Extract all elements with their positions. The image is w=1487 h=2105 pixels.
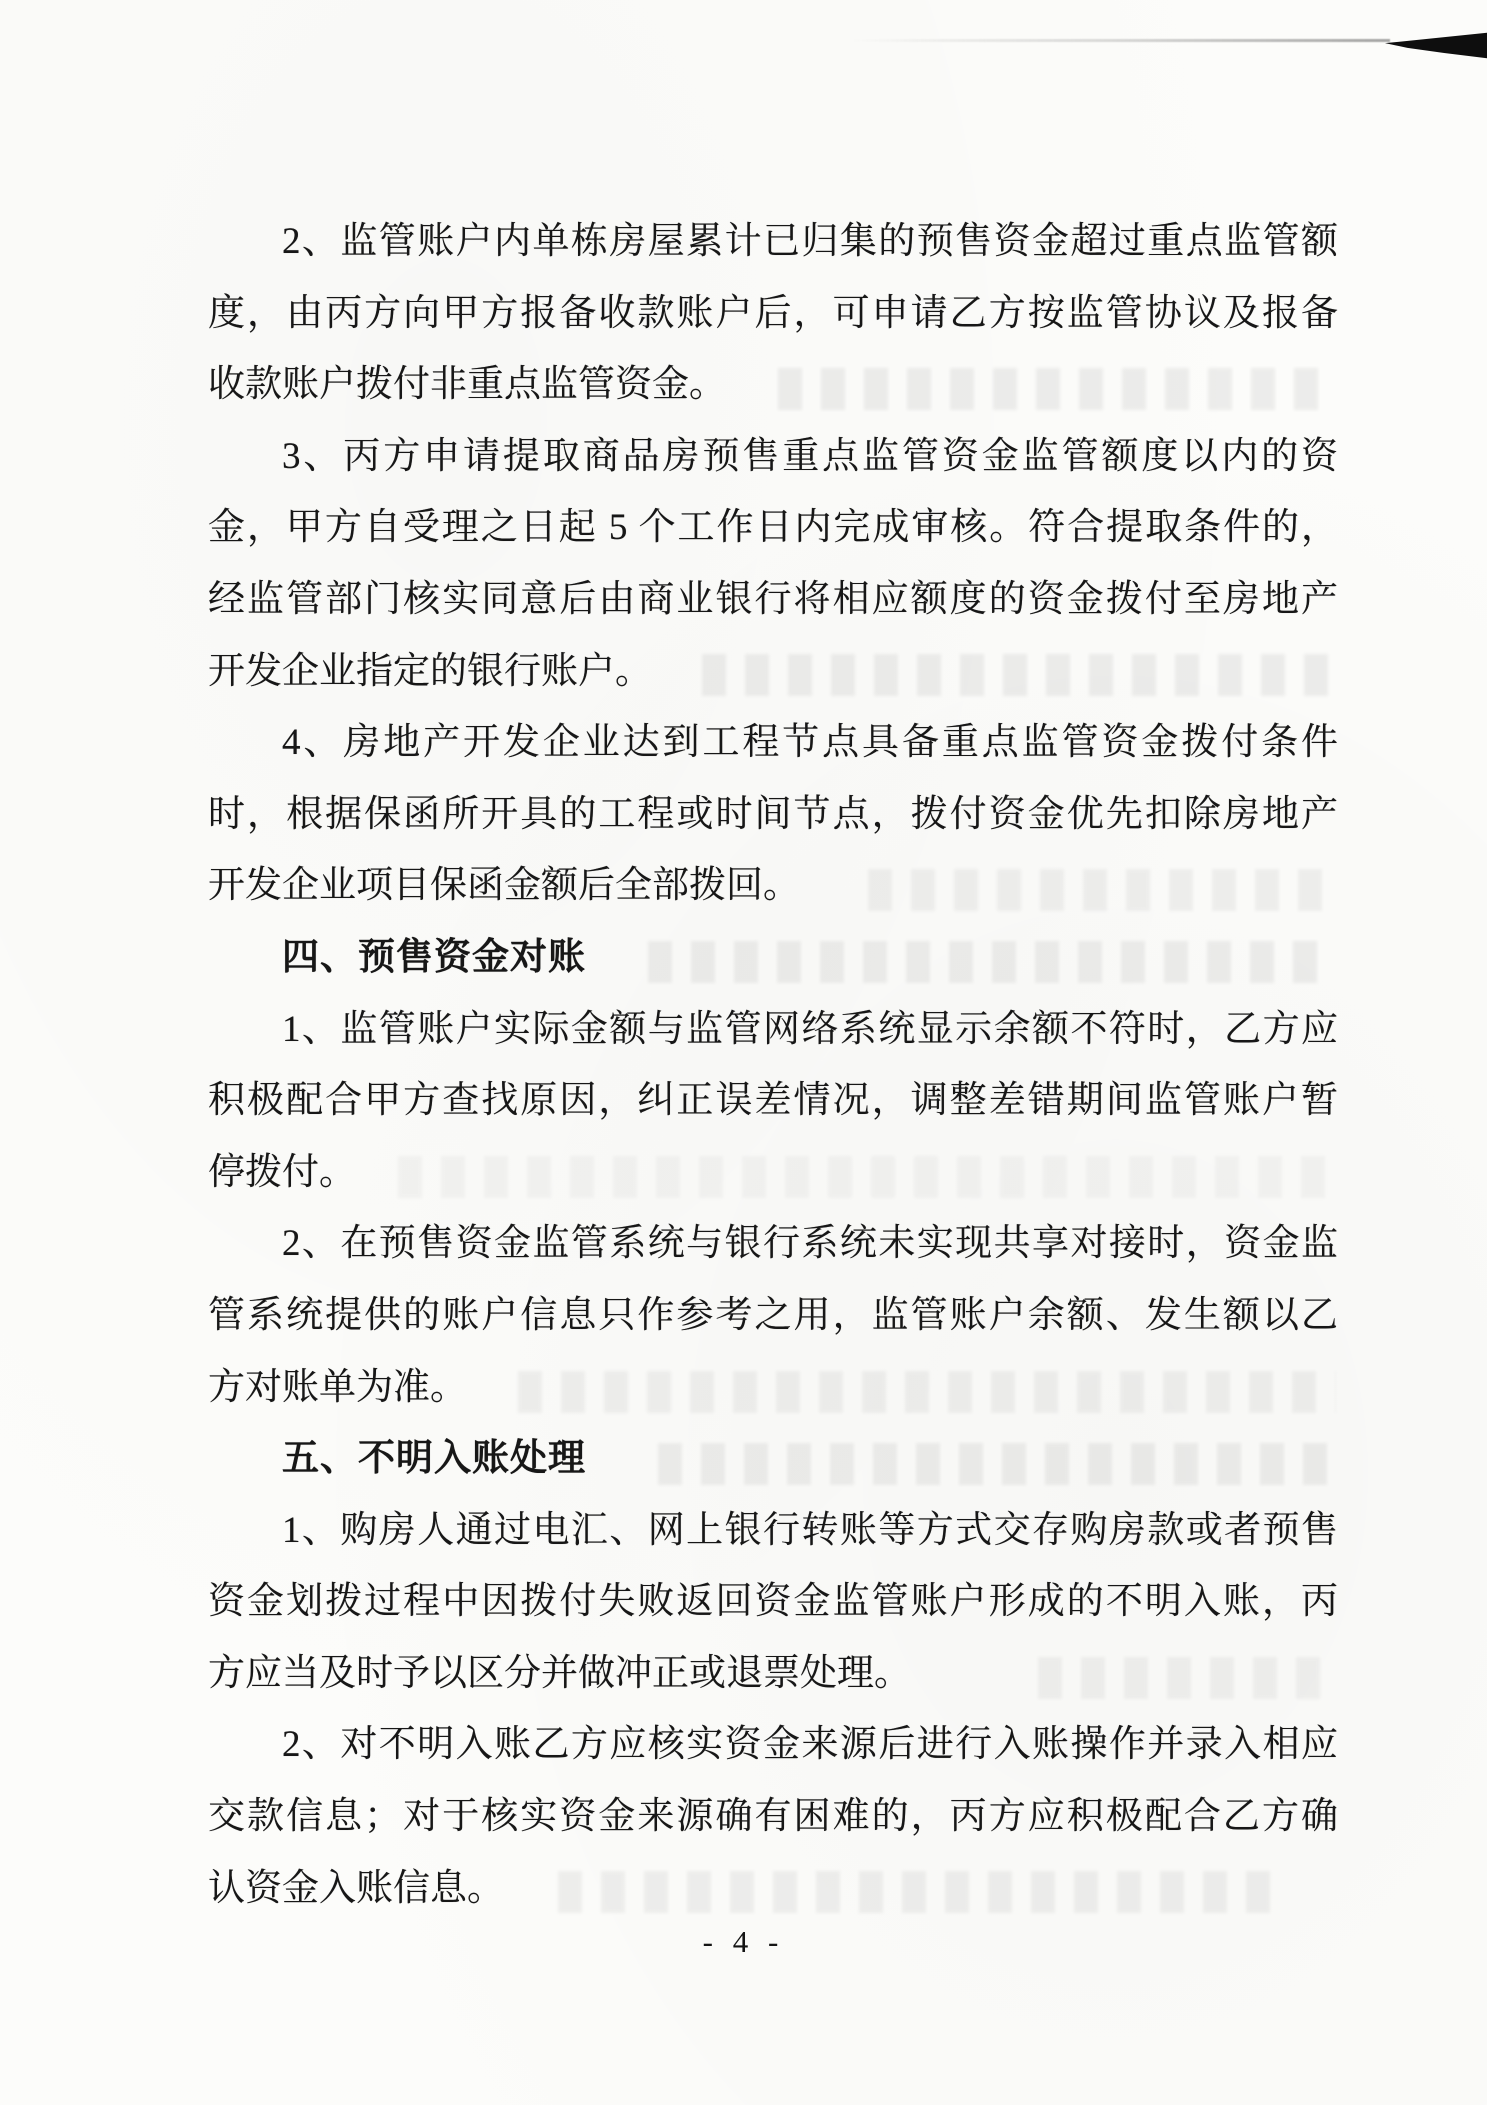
text-line: 时，根据保函所开具的工程或时间节点，拨付资金优先扣除房地产 — [208, 779, 1338, 851]
section-heading: 四、预售资金对账 — [208, 922, 1338, 994]
text-line: 2、监管账户内单栋房屋累计已归集的预售资金超过重点监管额 — [208, 206, 1338, 278]
text-line: 交款信息；对于核实资金来源确有困难的，丙方应积极配合乙方确 — [208, 1781, 1338, 1853]
document-body: 2、监管账户内单栋房屋累计已归集的预售资金超过重点监管额 度，由丙方向甲方报备收… — [208, 206, 1338, 1924]
text-line: 开发企业项目保函金额后全部拨回。 — [208, 850, 1338, 922]
text-line: 3、丙方申请提取商品房预售重点监管资金监管额度以内的资 — [208, 421, 1338, 493]
text-line: 资金划拨过程中因拨付失败返回资金监管账户形成的不明入账，丙 — [208, 1566, 1338, 1638]
text-line: 金，甲方自受理之日起 5 个工作日内完成审核。符合提取条件的， — [208, 492, 1338, 564]
page-number: - 4 - — [0, 1924, 1487, 1960]
text-line: 认资金入账信息。 — [208, 1853, 1338, 1925]
text-line: 管系统提供的账户信息只作参考之用，监管账户余额、发生额以乙 — [208, 1280, 1338, 1352]
text-line: 停拨付。 — [208, 1137, 1338, 1209]
text-line: 2、在预售资金监管系统与银行系统未实现共享对接时，资金监 — [208, 1208, 1338, 1280]
text-line: 经监管部门核实同意后由商业银行将相应额度的资金拨付至房地产 — [208, 564, 1338, 636]
text-line: 方对账单为准。 — [208, 1352, 1338, 1424]
text-line: 2、对不明入账乙方应核实资金来源后进行入账操作并录入相应 — [208, 1709, 1338, 1781]
text-line: 1、监管账户实际金额与监管网络系统显示余额不符时，乙方应 — [208, 994, 1338, 1066]
text-line: 开发企业指定的银行账户。 — [208, 636, 1338, 708]
section-heading: 五、不明入账处理 — [208, 1423, 1338, 1495]
text-line: 方应当及时予以区分并做冲正或退票处理。 — [208, 1638, 1338, 1710]
scan-corner-artifact — [1385, 31, 1487, 60]
text-line: 积极配合甲方查找原因，纠正误差情况，调整差错期间监管账户暂 — [208, 1065, 1338, 1137]
text-line: 收款账户拨付非重点监管资金。 — [208, 349, 1338, 421]
text-line: 度，由丙方向甲方报备收款账户后，可申请乙方按监管协议及报备 — [208, 278, 1338, 350]
text-line: 1、购房人通过电汇、网上银行转账等方式交存购房款或者预售 — [208, 1495, 1338, 1567]
text-line: 4、房地产开发企业达到工程节点具备重点监管资金拨付条件 — [208, 707, 1338, 779]
scanned-document-page: 2、监管账户内单栋房屋累计已归集的预售资金超过重点监管额 度，由丙方向甲方报备收… — [0, 0, 1487, 2105]
scan-edge-hairline — [852, 39, 1390, 42]
